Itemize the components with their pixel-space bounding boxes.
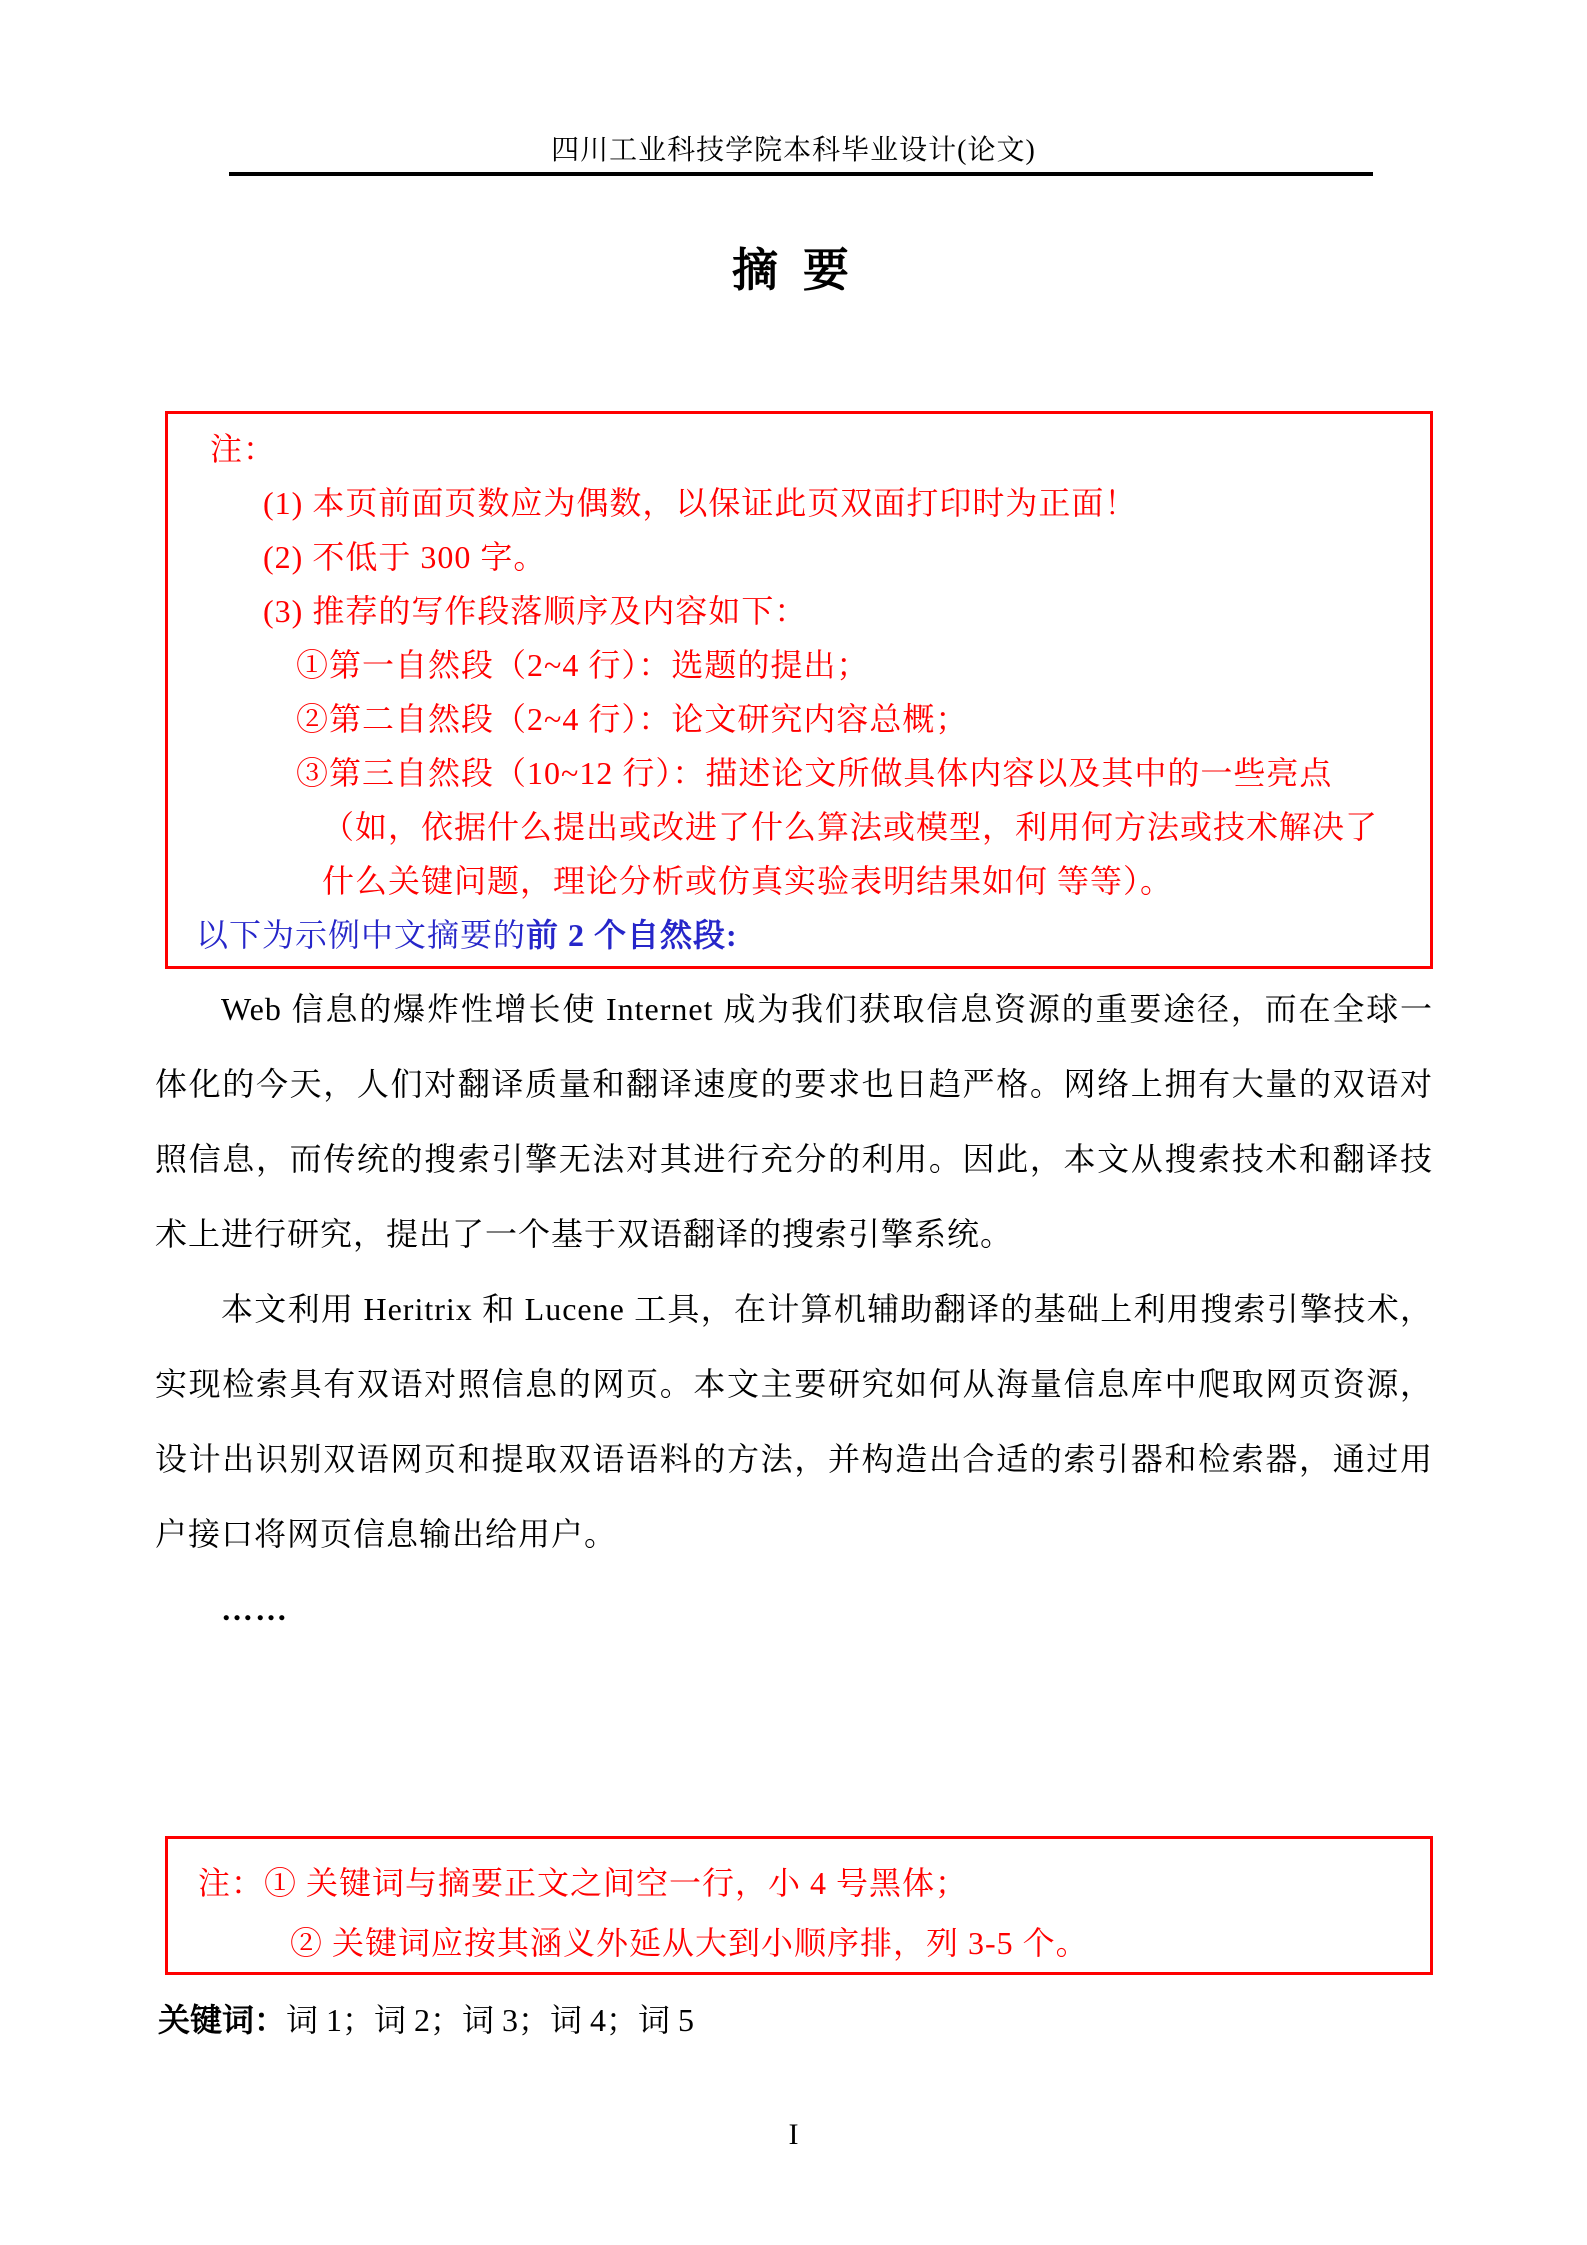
page-number: I xyxy=(0,2118,1587,2152)
note-bottom-item-2: ② 关键词应按其涵义外延从大到小顺序排，列 3-5 个。 xyxy=(290,1925,1089,1961)
note-bottom-item-1: ① 关键词与摘要正文之间空一行，小 4 号黑体； xyxy=(264,1865,968,1901)
header-rule xyxy=(229,172,1373,176)
abstract-body: Web 信息的爆炸性增长使 Internet 成为我们获取信息资源的重要途径，而… xyxy=(155,972,1433,1647)
abstract-paragraph-1: Web 信息的爆炸性增长使 Internet 成为我们获取信息资源的重要途径，而… xyxy=(155,972,1433,1272)
note-top-item-3: (3) 推荐的写作段落顺序及内容如下： xyxy=(263,584,1430,638)
page-title: 摘 要 xyxy=(0,234,1587,300)
note-top-footer-bold: 前 2 个自然段: xyxy=(526,917,738,953)
note-top-item-2: (2) 不低于 300 字。 xyxy=(263,530,1430,584)
note-top-item-1: (1) 本页前面页数应为偶数，以保证此页双面打印时为正面！ xyxy=(263,476,1430,530)
abstract-paragraph-2: 本文利用 Heritrix 和 Lucene 工具，在计算机辅助翻译的基础上利用… xyxy=(155,1272,1433,1572)
keywords-value: 词 1；词 2；词 3；词 4；词 5 xyxy=(286,2002,694,2038)
document-page: 四川工业科技学院本科毕业设计(论文) 摘 要 注： (1) 本页前面页数应为偶数… xyxy=(0,0,1587,2245)
header-title: 四川工业科技学院本科毕业设计(论文) xyxy=(551,135,1036,166)
note-top-footer: 以下为示例中文摘要的前 2 个自然段: xyxy=(196,908,1430,962)
note-top-subitem-1: ①第一自然段（2~4 行）：选题的提出； xyxy=(296,638,1430,692)
note-bottom-line-2: ② 关键词应按其涵义外延从大到小顺序排，列 3-5 个。 xyxy=(290,1913,1430,1973)
abstract-ellipsis: …… xyxy=(155,1572,1433,1647)
note-box-top: 注： (1) 本页前面页数应为偶数，以保证此页双面打印时为正面！ (2) 不低于… xyxy=(165,411,1433,969)
keywords-line: 关键词：词 1；词 2；词 3；词 4；词 5 xyxy=(158,1992,694,2048)
note-top-label: 注： xyxy=(210,422,1430,476)
note-top-subitem-3: ③第三自然段（10~12 行）：描述论文所做具体内容以及其中的一些亮点（如，依据… xyxy=(296,746,1408,908)
note-top-subitem-2: ②第二自然段（2~4 行）：论文研究内容总概； xyxy=(296,692,1430,746)
keywords-label: 关键词： xyxy=(158,2002,286,2038)
note-bottom-line-1: 注：① 关键词与摘要正文之间空一行，小 4 号黑体； xyxy=(198,1853,1430,1913)
note-top-footer-prefix: 以下为示例中文摘要的 xyxy=(196,917,526,953)
page-header: 四川工业科技学院本科毕业设计(论文) xyxy=(0,128,1587,168)
note-box-bottom: 注：① 关键词与摘要正文之间空一行，小 4 号黑体； ② 关键词应按其涵义外延从… xyxy=(165,1836,1433,1975)
note-bottom-label: 注： xyxy=(198,1865,264,1901)
